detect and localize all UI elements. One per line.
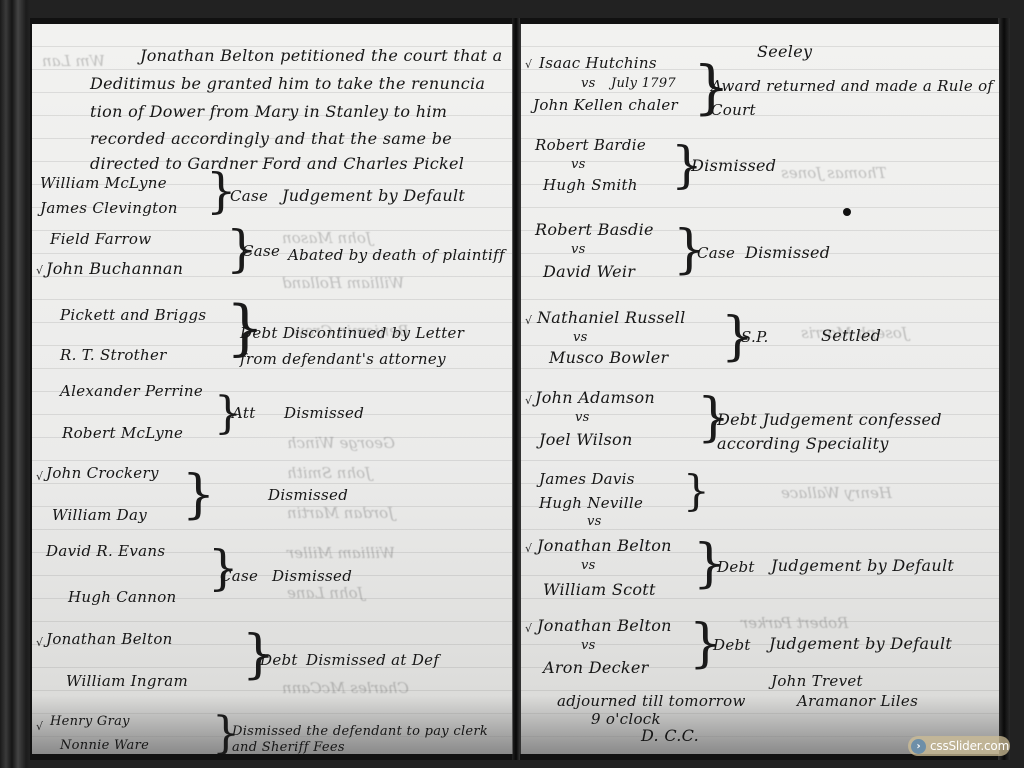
case-action: Case	[230, 187, 268, 205]
check-mark: √	[525, 622, 532, 635]
case-plaintiff: Robert Basdie	[535, 220, 654, 239]
case-plaintiff: Robert Bardie	[535, 136, 646, 154]
case-ruling: Judgement by Default	[769, 634, 952, 653]
case-defendant: R. T. Strother	[60, 346, 167, 364]
bleed-through-text: William Miller	[287, 544, 395, 562]
case-ruling: Settled	[821, 326, 881, 345]
case-versus: vs	[573, 330, 588, 345]
case-versus: vs	[571, 242, 586, 257]
bleed-through-text: Jordan Martin	[287, 504, 394, 522]
case-defendant: Robert McLyne	[62, 424, 183, 442]
case-versus: vs	[581, 76, 596, 91]
case-defendant: William Ingram	[66, 672, 188, 690]
case-ruling: Dismissed	[268, 486, 348, 504]
header-line-1: Jonathan Belton petitioned the court tha…	[140, 46, 502, 65]
case-action: Debt	[717, 410, 757, 429]
check-mark: √	[36, 720, 43, 733]
bleed-through-text: George Winch	[287, 434, 395, 452]
check-mark: √	[36, 470, 43, 483]
csslider-watermark[interactable]: › cssSlider.com	[908, 736, 1010, 756]
case-defendant: Nonnie Ware	[60, 738, 149, 753]
clerk-signature: D. C.C.	[641, 726, 699, 745]
case-plaintiff: Jonathan Belton	[46, 630, 173, 648]
check-mark: √	[36, 264, 43, 277]
adjournment-note: adjourned till tomorrow	[557, 692, 746, 710]
case-versus: vs	[587, 514, 602, 529]
case-ruling: Award returned and made a Rule of Court	[711, 74, 996, 122]
case-plaintiff: John Crockery	[46, 464, 159, 482]
case-ruling: Dismissed	[745, 243, 830, 262]
right-page: Thomas Jones Joseph Morris Henry Wallace…	[520, 24, 999, 754]
header-line-5: directed to Gardner Ford and Charles Pic…	[90, 154, 464, 173]
left-page: Wm Lan John Mason William Holland Benjam…	[32, 24, 513, 754]
check-mark: √	[525, 542, 532, 555]
case-plaintiff: James Davis	[539, 470, 635, 488]
case-versus: vs	[581, 638, 596, 653]
bleed-through-text: Wm Lan	[42, 52, 105, 70]
bleed-through-text: Robert Parker	[741, 614, 848, 632]
case-action-ruling: Debt Judgement confessed according Speci…	[717, 408, 957, 456]
case-defendant: William Day	[52, 506, 147, 524]
case-action: Debt	[260, 651, 298, 669]
case-action: Debt	[717, 558, 755, 576]
signatory-2: Aramanor Liles	[797, 692, 918, 710]
case-plaintiff: Jonathan Belton	[537, 536, 672, 555]
book-gutter	[512, 18, 520, 760]
bleed-through-text: John Mason	[282, 229, 372, 247]
case-defendant: James Clevington	[40, 199, 178, 217]
bleed-through-text: John Lane	[287, 584, 364, 602]
case-plaintiff: Jonathan Belton	[537, 616, 672, 635]
header-line-4: recorded accordingly and that the same b…	[90, 129, 452, 148]
case-plaintiff: Henry Gray	[50, 714, 130, 729]
check-mark: √	[525, 58, 532, 71]
case-defendant: Aron Decker	[543, 658, 649, 677]
ledger-book: Wm Lan John Mason William Holland Benjam…	[30, 18, 1010, 760]
case-ruling: Dismissed	[284, 404, 364, 422]
bleed-through-text: John Smith	[287, 464, 371, 482]
case-defendant: Musco Bowler	[549, 348, 669, 367]
case-defendant: David Weir	[543, 262, 635, 281]
brace: }	[182, 469, 215, 521]
book-right-edge	[998, 18, 1010, 760]
case-action: Case	[697, 244, 735, 262]
bleed-through-text: Thomas Jones	[781, 164, 887, 182]
check-mark: √	[36, 636, 43, 649]
case-versus: vs	[575, 410, 590, 425]
case-action-ruling: Debt Discontinued by Letter from defenda…	[240, 320, 480, 372]
case-ruling: Dismissed	[691, 156, 776, 175]
case-versus: vs	[571, 157, 586, 172]
case-action: Att	[232, 404, 256, 422]
check-mark: √	[525, 314, 532, 327]
check-mark: √	[525, 394, 532, 407]
case-ruling: Abated by death of plaintiff	[288, 246, 505, 264]
case-plaintiff: John Adamson	[535, 388, 655, 407]
case-defendant: John Buchannan	[46, 259, 183, 278]
case-defendant: William Scott	[543, 580, 656, 599]
bleed-through-text: Henry Wallace	[781, 484, 892, 502]
ink-blot	[843, 208, 851, 216]
case-defendant: Hugh Neville	[539, 494, 643, 512]
case-action: Case	[242, 242, 280, 260]
case-defendant: Hugh Smith	[543, 176, 638, 194]
case-plaintiff: Alexander Perrine	[60, 382, 203, 400]
case-ruling: Dismissed	[272, 567, 352, 585]
case-ruling: Judgement by Default	[282, 186, 465, 205]
margin-note: Seeley	[757, 42, 812, 61]
bleed-through-text: Charles McCann	[282, 679, 409, 697]
bleed-through-text: William Holland	[282, 274, 404, 292]
case-defendant: Joel Wilson	[539, 430, 633, 449]
header-line-2: Deditimus be granted him to take the ren…	[90, 74, 485, 93]
case-plaintiff: Nathaniel Russell	[537, 308, 685, 327]
case-plaintiff: William McLyne	[40, 174, 167, 192]
case-action: Debt	[240, 324, 278, 342]
case-ruling: Dismissed the defendant to pay clerk and…	[232, 724, 502, 754]
case-action: S.P.	[741, 328, 769, 346]
header-line-3: tion of Dower from Mary in Stanley to hi…	[90, 102, 447, 121]
case-defendant: John Kellen chaler	[533, 96, 678, 114]
case-action: Case	[220, 567, 258, 585]
case-date: July 1797	[611, 76, 676, 91]
case-plaintiff: Pickett and Briggs	[60, 306, 206, 324]
case-versus: vs	[581, 558, 596, 573]
case-ruling: Judgement by Default	[771, 556, 954, 575]
chevron-right-icon: ›	[911, 739, 926, 754]
case-action: Debt	[713, 636, 751, 654]
case-defendant: Hugh Cannon	[68, 588, 177, 606]
brace: }	[683, 470, 710, 512]
case-plaintiff: Isaac Hutchins	[539, 54, 657, 72]
case-plaintiff: Field Farrow	[50, 230, 151, 248]
signatory-1: John Trevet	[771, 672, 863, 690]
watermark-text: cssSlider.com	[930, 739, 1009, 753]
case-ruling: Dismissed at Def	[306, 651, 439, 669]
case-plaintiff: David R. Evans	[46, 542, 165, 560]
